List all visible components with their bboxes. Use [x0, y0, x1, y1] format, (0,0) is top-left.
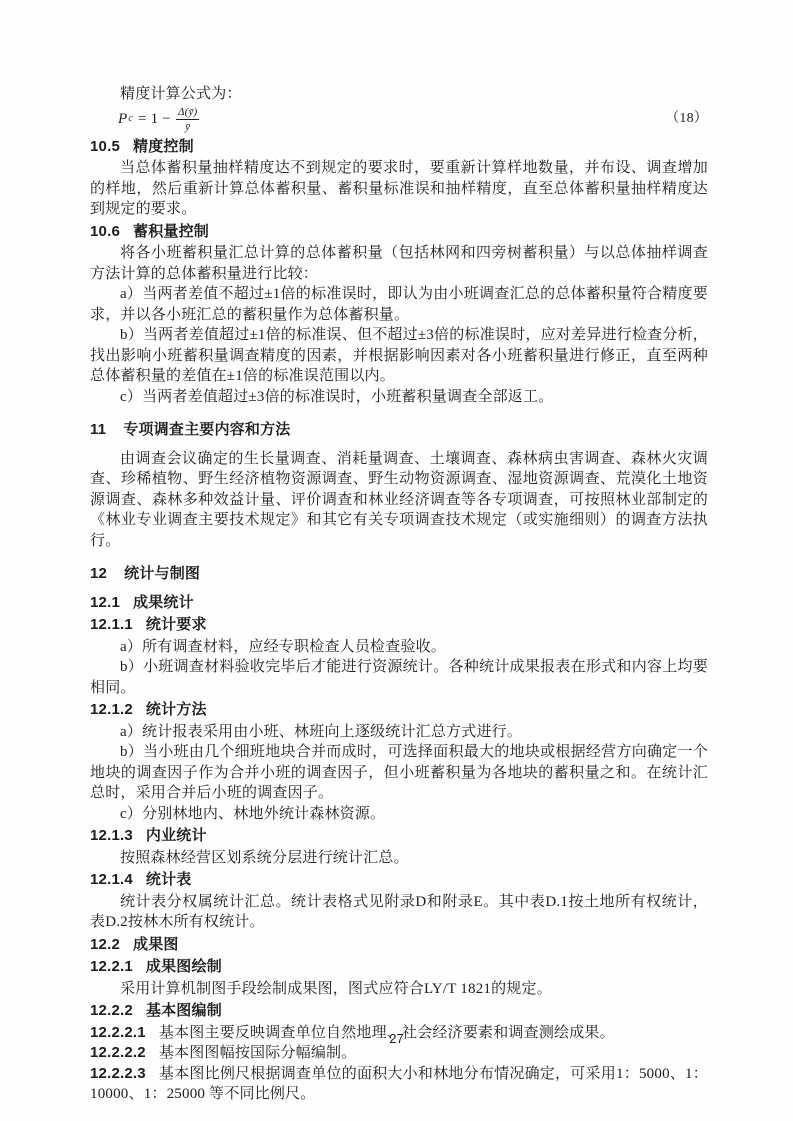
clause-12-1-2-item-b: b）当小班由几个细班地块合并而成时，可选择面积最大的地块或根据经营方向确定一个地… [90, 742, 708, 804]
clause-10-6-item-c: c）当两者差值超过±3倍的标准误时，小班蓄积量调查全部返工。 [90, 387, 708, 408]
heading-number: 10.5 [90, 137, 120, 158]
clause-text: 基本图图幅按国际分幅编制。 [159, 1045, 357, 1061]
clause-12-1-1-item-a: a）所有调查材料，应经专职检查人员检查验收。 [90, 637, 708, 658]
heading-12-1-1: 12.1.1统计要求 [90, 615, 708, 636]
heading-number: 12.1.1 [90, 615, 133, 636]
heading-11: 11专项调查主要内容和方法 [90, 420, 708, 441]
clause-12-1-3-body: 按照森林经营区划系统分层进行统计汇总。 [90, 848, 708, 869]
clause-12-2-1-body: 采用计算机制图手段绘制成果图，图式应符合LY/T 1821的规定。 [90, 979, 708, 1000]
formula-subscript-c: c [128, 109, 133, 130]
heading-title: 成果图绘制 [146, 958, 222, 975]
clause-12-2-2-2: 12.2.2.2基本图图幅按国际分幅编制。 [90, 1043, 708, 1064]
formula-numerator: Δ(ȳ) [176, 106, 199, 120]
heading-title: 成果统计 [133, 594, 194, 611]
heading-12-1: 12.1成果统计 [90, 593, 708, 614]
clause-11-body: 由调查会议确定的生长量调查、消耗量调查、土壤调查、森林病虫害调查、森林火灾调查、… [90, 449, 708, 552]
clause-number: 12.2.2.3 [90, 1065, 146, 1082]
heading-title: 统计表 [146, 871, 192, 888]
heading-number: 12.1.3 [90, 826, 133, 847]
heading-number: 12.1.2 [90, 700, 133, 721]
heading-title: 统计方法 [146, 701, 207, 718]
formula-variable-P: P [118, 109, 127, 130]
heading-12-2: 12.2成果图 [90, 935, 708, 956]
heading-12-1-2: 12.1.2统计方法 [90, 700, 708, 721]
clause-10-6-item-b: b）当两者差值超过±1倍的标准误、但不超过±3倍的标准误时，应对差异进行检查分析… [90, 325, 708, 387]
heading-number: 12.2.2 [90, 1001, 133, 1022]
heading-number: 12.2 [90, 935, 120, 956]
equation-row: Pc= 1 −Δ(ȳ)ȳ （18） [90, 105, 708, 135]
heading-title: 基本图编制 [146, 1002, 222, 1019]
clause-10-5-body: 当总体蓄积量抽样精度达不到规定的要求时，要重新计算样地数量，并布设、调查增加的样… [90, 158, 708, 220]
equation-18-expression: Pc= 1 −Δ(ȳ)ȳ [118, 106, 199, 133]
heading-12-1-4: 12.1.4统计表 [90, 870, 708, 891]
heading-10-5: 10.5精度控制 [90, 137, 708, 158]
heading-number: 12 [90, 564, 107, 585]
heading-number: 11 [90, 420, 106, 441]
formula-rhs-prefix: = 1 − [138, 109, 171, 130]
heading-12: 12统计与制图 [90, 564, 708, 585]
clause-10-6-intro: 将各小班蓄积量汇总计算的总体蓄积量（包括林网和四旁树蓄积量）与以总体抽样调查方法… [90, 243, 708, 284]
heading-title: 蓄积量控制 [133, 223, 209, 240]
heading-title: 统计要求 [146, 616, 207, 633]
heading-title: 统计与制图 [124, 565, 200, 582]
formula-intro: 精度计算公式为： [90, 84, 708, 105]
clause-text: 基本图比例尺根据调查单位的面积大小和林地分布情况确定，可采用1：5000、1：1… [90, 1066, 708, 1103]
heading-12-1-3: 12.1.3内业统计 [90, 826, 708, 847]
page-number: 27 [389, 1031, 403, 1046]
heading-12-2-2: 12.2.2基本图编制 [90, 1001, 708, 1022]
heading-number: 10.6 [90, 222, 120, 243]
heading-10-6: 10.6蓄积量控制 [90, 222, 708, 243]
page-content: 精度计算公式为： Pc= 1 −Δ(ȳ)ȳ （18） 10.5精度控制 当总体蓄… [90, 84, 708, 1105]
clause-12-1-4-body: 统计表分权属统计汇总。统计表格式见附录D和附录E。其中表D.1按土地所有权统计，… [90, 892, 708, 933]
page-footer: 27 [0, 1031, 793, 1046]
clause-12-1-2-item-c: c）分别林地内、林地外统计森林资源。 [90, 804, 708, 825]
equation-number: （18） [665, 109, 708, 130]
heading-title: 内业统计 [146, 827, 207, 844]
heading-number: 12.2.1 [90, 957, 133, 978]
clause-12-2-2-3: 12.2.2.3基本图比例尺根据调查单位的面积大小和林地分布情况确定，可采用1：… [90, 1064, 708, 1105]
formula-denominator: ȳ [185, 120, 190, 133]
heading-title: 专项调查主要内容和方法 [123, 421, 290, 438]
heading-12-2-1: 12.2.1成果图绘制 [90, 957, 708, 978]
heading-title: 成果图 [133, 936, 179, 953]
heading-title: 精度控制 [133, 138, 194, 155]
document-page: 精度计算公式为： Pc= 1 −Δ(ȳ)ȳ （18） 10.5精度控制 当总体蓄… [0, 0, 793, 1121]
heading-number: 12.1 [90, 593, 120, 614]
formula-fraction: Δ(ȳ)ȳ [176, 106, 199, 133]
heading-number: 12.1.4 [90, 870, 133, 891]
clause-12-1-2-item-a: a）统计报表采用由小班、林班向上逐级统计汇总方式进行。 [90, 722, 708, 743]
clause-number: 12.2.2.2 [90, 1044, 146, 1061]
clause-10-6-item-a: a）当两者差值不超过±1倍的标准误时，即认为由小班调查汇总的总体蓄积量符合精度要… [90, 284, 708, 325]
clause-12-1-1-item-b: b）小班调查材料验收完毕后才能进行资源统计。各种统计成果报表在形式和内容上均要相… [90, 657, 708, 698]
